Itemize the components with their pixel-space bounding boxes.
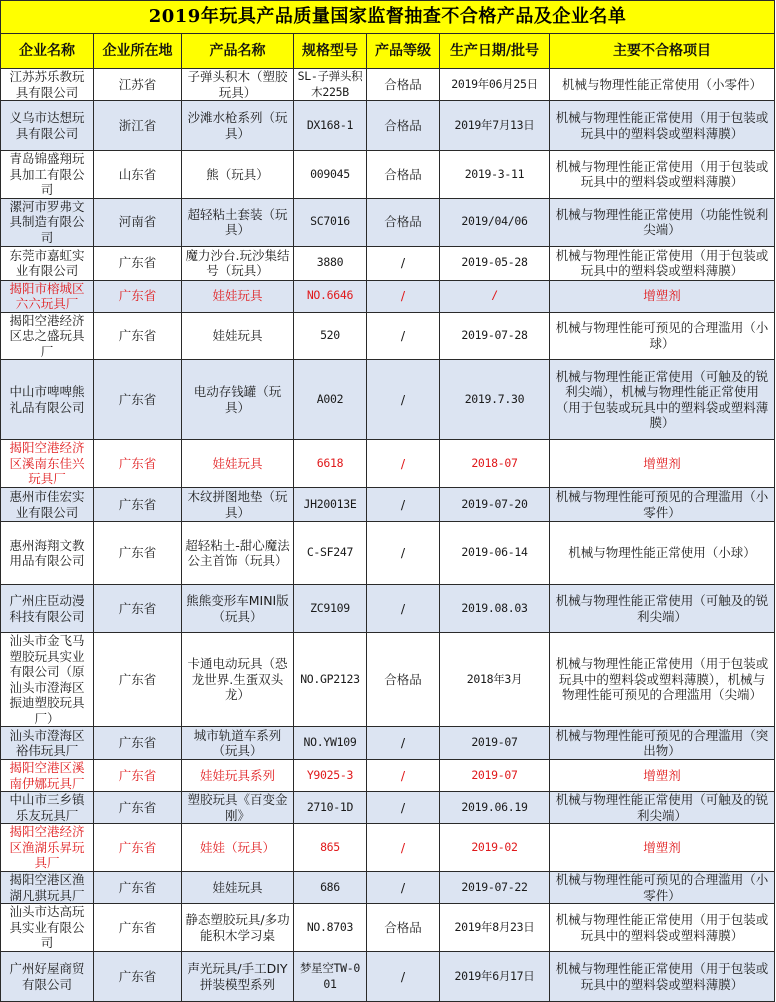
- company-name-cell: 中山市啤啤熊礼品有限公司: [1, 360, 94, 440]
- table-row: 汕头市金飞马塑胶玩具实业有限公司（原汕头市澄海区振迪塑胶玩具厂）广东省卡通电动玩…: [1, 633, 775, 727]
- grade-cell: 合格品: [367, 904, 440, 952]
- grade-cell: 合格品: [367, 198, 440, 246]
- column-header-company: 企业名称: [1, 34, 94, 69]
- company-name-cell: 广州好屋商贸有限公司: [1, 952, 94, 996]
- production-date-cell: /: [440, 280, 550, 312]
- table-row: 江苏苏乐教玩具有限公司江苏省子弹头积木（塑胶玩具）SL-子弹头积木225B合格品…: [1, 69, 775, 101]
- model-cell: NO.6646: [294, 280, 367, 312]
- model-cell: NO.GP2123: [294, 633, 367, 727]
- issue-cell: 机械与物理性能正常使用（用于包装或玩具中的塑料袋或塑料薄膜）: [550, 904, 775, 952]
- product-name-cell: 娃娃玩具: [182, 440, 294, 488]
- table-row: 中山市三乡镇乐友玩具厂广东省塑胶玩具《百变金刚》2710-1D/2019.06.…: [1, 792, 775, 824]
- table-row: 广州庄臣动漫科技有限公司广东省熊熊变形车MINI版（玩具）ZC9109/2019…: [1, 585, 775, 633]
- model-cell: ZC9109: [294, 585, 367, 633]
- product-name-cell: 城市轨道车系列（玩具）: [182, 727, 294, 760]
- table-row: 青岛锦盛翔玩具加工有限公司山东省熊（玩具）009045合格品2019-3-11机…: [1, 151, 775, 199]
- model-cell: 520: [294, 312, 367, 360]
- product-name-cell: 娃娃玩具系列: [182, 760, 294, 792]
- model-cell: A002: [294, 360, 367, 440]
- production-date-cell: 2019.08.03: [440, 585, 550, 633]
- grade-cell: 合格品: [367, 151, 440, 199]
- table-body: 江苏苏乐教玩具有限公司江苏省子弹头积木（塑胶玩具）SL-子弹头积木225B合格品…: [1, 69, 775, 996]
- product-name-cell: 木纹拼图地垫（玩具）: [182, 488, 294, 522]
- column-header-issue: 主要不合格项目: [550, 34, 775, 69]
- issue-cell: 机械与物理性能正常使用（小零件）: [550, 69, 775, 101]
- issue-cell: 机械与物理性能正常使用（用于包装或玩具中的塑料袋或塑料薄膜）: [550, 151, 775, 199]
- model-cell: 3880: [294, 246, 367, 280]
- table-row: 惠州海翔文教用品有限公司广东省超轻粘土-甜心魔法公主首饰（玩具）C-SF247/…: [1, 522, 775, 585]
- production-date-cell: 2019-07: [440, 727, 550, 760]
- grade-cell: /: [367, 872, 440, 904]
- company-name-cell: 漯河市罗弗文具制造有限公司: [1, 198, 94, 246]
- issue-cell: 机械与物理性能正常使用（可触及的锐利尖端）: [550, 792, 775, 824]
- location-cell: 广东省: [94, 824, 182, 872]
- issue-cell: 增塑剂: [550, 280, 775, 312]
- table-row: 东莞市嘉虹实业有限公司广东省魔力沙台.玩沙集结号（玩具）3880/2019-05…: [1, 246, 775, 280]
- production-date-cell: 2019年8月23日: [440, 904, 550, 952]
- company-name-cell: 惠州海翔文教用品有限公司: [1, 522, 94, 585]
- model-cell: Y9025-3: [294, 760, 367, 792]
- product-name-cell: 超轻粘土套装（玩具）: [182, 198, 294, 246]
- issue-cell: 机械与物理性能正常使用（可触及的锐利尖端），机械与物理性能正常使用（用于包装或玩…: [550, 360, 775, 440]
- column-header-location: 企业所在地: [94, 34, 182, 69]
- location-cell: 广东省: [94, 440, 182, 488]
- model-cell: 2710-1D: [294, 792, 367, 824]
- model-cell: 865: [294, 824, 367, 872]
- issue-cell: 机械与物理性能可预见的合理滥用（小零件）: [550, 872, 775, 904]
- table-row: 义乌市达想玩具有限公司浙江省沙滩水枪系列（玩具）DX168-1合格品2019年7…: [1, 101, 775, 151]
- model-cell: DX168-1: [294, 101, 367, 151]
- company-name-cell: 揭阳空港经济区忠之盛玩具厂: [1, 312, 94, 360]
- model-cell: NO.8703: [294, 904, 367, 952]
- production-date-cell: 2019.7.30: [440, 360, 550, 440]
- table-row: 汕头市达高玩具实业有限公司广东省静态塑胶玩具/多功能积木学习桌NO.8703合格…: [1, 904, 775, 952]
- location-cell: 广东省: [94, 360, 182, 440]
- issue-cell: 机械与物理性能可预见的合理滥用（小零件）: [550, 488, 775, 522]
- production-date-cell: 2019-3-11: [440, 151, 550, 199]
- model-cell: SL-子弹头积木225B: [294, 69, 367, 101]
- grade-cell: /: [367, 280, 440, 312]
- production-date-cell: 2019年6月17日: [440, 952, 550, 996]
- table-row: 揭阳空港经济区渔湖乐昇玩具厂广东省娃娃（玩具）865/2019-02增塑剂: [1, 824, 775, 872]
- column-header-model: 规格型号: [294, 34, 367, 69]
- model-cell: 686: [294, 872, 367, 904]
- product-name-cell: 熊熊变形车MINI版（玩具）: [182, 585, 294, 633]
- location-cell: 浙江省: [94, 101, 182, 151]
- product-name-cell: 娃娃（玩具）: [182, 824, 294, 872]
- table-row: 揭阳市榕城区六六玩具厂广东省娃娃玩具NO.6646//增塑剂: [1, 280, 775, 312]
- grade-cell: /: [367, 488, 440, 522]
- table-row: 揭阳空港经济区溪南东佳兴玩具厂广东省娃娃玩具6618/2018-07增塑剂: [1, 440, 775, 488]
- grade-cell: /: [367, 792, 440, 824]
- production-date-cell: 2018年3月: [440, 633, 550, 727]
- grade-cell: /: [367, 522, 440, 585]
- product-name-cell: 娃娃玩具: [182, 280, 294, 312]
- production-date-cell: 2019-07: [440, 760, 550, 792]
- grade-cell: /: [367, 727, 440, 760]
- company-name-cell: 揭阳空港区溪南伊娜玩具厂: [1, 760, 94, 792]
- grade-cell: /: [367, 312, 440, 360]
- location-cell: 广东省: [94, 280, 182, 312]
- company-name-cell: 揭阳空港经济区溪南东佳兴玩具厂: [1, 440, 94, 488]
- company-name-cell: 汕头市金飞马塑胶玩具实业有限公司（原汕头市澄海区振迪塑胶玩具厂）: [1, 633, 94, 727]
- table-row: 广州好屋商贸有限公司广东省声光玩具/手工DIY拼装模型系列梦星空TW-001/2…: [1, 952, 775, 996]
- production-date-cell: 2019-06-14: [440, 522, 550, 585]
- table-row: 漯河市罗弗文具制造有限公司河南省超轻粘土套装（玩具）SC7016合格品2019/…: [1, 198, 775, 246]
- location-cell: 河南省: [94, 198, 182, 246]
- grade-cell: /: [367, 246, 440, 280]
- production-date-cell: 2019-07-20: [440, 488, 550, 522]
- location-cell: 广东省: [94, 792, 182, 824]
- grade-cell: /: [367, 824, 440, 872]
- product-name-cell: 魔力沙台.玩沙集结号（玩具）: [182, 246, 294, 280]
- location-cell: 广东省: [94, 760, 182, 792]
- production-date-cell: 2019-07-28: [440, 312, 550, 360]
- company-name-cell: 义乌市达想玩具有限公司: [1, 101, 94, 151]
- column-header-product: 产品名称: [182, 34, 294, 69]
- company-name-cell: 汕头市达高玩具实业有限公司: [1, 904, 94, 952]
- column-header-grade: 产品等级: [367, 34, 440, 69]
- location-cell: 广东省: [94, 585, 182, 633]
- production-date-cell: 2019年7月13日: [440, 101, 550, 151]
- grade-cell: /: [367, 440, 440, 488]
- location-cell: 江苏省: [94, 69, 182, 101]
- production-date-cell: 2019.06.19: [440, 792, 550, 824]
- product-name-cell: 娃娃玩具: [182, 872, 294, 904]
- issue-cell: 机械与物理性能正常使用（用于包装或玩具中的塑料袋或塑料薄膜）: [550, 101, 775, 151]
- product-name-cell: 卡通电动玩具（恐龙世界.生蛋双头龙）: [182, 633, 294, 727]
- model-cell: 6618: [294, 440, 367, 488]
- production-date-cell: 2018-07: [440, 440, 550, 488]
- grade-cell: 合格品: [367, 633, 440, 727]
- company-name-cell: 中山市三乡镇乐友玩具厂: [1, 792, 94, 824]
- company-name-cell: 广州庄臣动漫科技有限公司: [1, 585, 94, 633]
- issue-cell: 机械与物理性能正常使用（用于包装或玩具中的塑料袋或塑料薄膜），机械与物理性能可预…: [550, 633, 775, 727]
- issue-cell: 机械与物理性能正常使用（可触及的锐利尖端）: [550, 585, 775, 633]
- table-title: 2019年玩具产品质量国家监督抽查不合格产品及企业名单: [1, 1, 775, 34]
- location-cell: 广东省: [94, 488, 182, 522]
- production-date-cell: 2019-05-28: [440, 246, 550, 280]
- issue-cell: 机械与物理性能可预见的合理滥用（小球）: [550, 312, 775, 360]
- production-date-cell: 2019-07-22: [440, 872, 550, 904]
- product-name-cell: 娃娃玩具: [182, 312, 294, 360]
- issue-cell: 增塑剂: [550, 824, 775, 872]
- location-cell: 广东省: [94, 522, 182, 585]
- company-name-cell: 揭阳市榕城区六六玩具厂: [1, 280, 94, 312]
- model-cell: NO.YW109: [294, 727, 367, 760]
- location-cell: 广东省: [94, 872, 182, 904]
- company-name-cell: 汕头市澄海区裕伟玩具厂: [1, 727, 94, 760]
- model-cell: JH20013E: [294, 488, 367, 522]
- location-cell: 广东省: [94, 904, 182, 952]
- product-name-cell: 塑胶玩具《百变金刚》: [182, 792, 294, 824]
- model-cell: 009045: [294, 151, 367, 199]
- company-name-cell: 江苏苏乐教玩具有限公司: [1, 69, 94, 101]
- location-cell: 山东省: [94, 151, 182, 199]
- location-cell: 广东省: [94, 633, 182, 727]
- model-cell: SC7016: [294, 198, 367, 246]
- production-date-cell: 2019年06月25日: [440, 69, 550, 101]
- issue-cell: 机械与物理性能正常使用（功能性锐利尖端）: [550, 198, 775, 246]
- company-name-cell: 惠州市佳宏实业有限公司: [1, 488, 94, 522]
- table-row: 揭阳空港经济区忠之盛玩具厂广东省娃娃玩具520/2019-07-28机械与物理性…: [1, 312, 775, 360]
- product-name-cell: 沙滩水枪系列（玩具）: [182, 101, 294, 151]
- company-name-cell: 东莞市嘉虹实业有限公司: [1, 246, 94, 280]
- grade-cell: /: [367, 360, 440, 440]
- product-name-cell: 静态塑胶玩具/多功能积木学习桌: [182, 904, 294, 952]
- grade-cell: 合格品: [367, 69, 440, 101]
- company-name-cell: 揭阳空港经济区渔湖乐昇玩具厂: [1, 824, 94, 872]
- location-cell: 广东省: [94, 952, 182, 996]
- issue-cell: 机械与物理性能正常使用（小球）: [550, 522, 775, 585]
- table-row: 惠州市佳宏实业有限公司广东省木纹拼图地垫（玩具）JH20013E/2019-07…: [1, 488, 775, 522]
- product-name-cell: 电动存钱罐（玩具）: [182, 360, 294, 440]
- product-name-cell: 声光玩具/手工DIY拼装模型系列: [182, 952, 294, 996]
- grade-cell: /: [367, 760, 440, 792]
- location-cell: 广东省: [94, 312, 182, 360]
- company-name-cell: 青岛锦盛翔玩具加工有限公司: [1, 151, 94, 199]
- grade-cell: /: [367, 952, 440, 996]
- production-date-cell: 2019-02: [440, 824, 550, 872]
- production-date-cell: 2019/04/06: [440, 198, 550, 246]
- table-row: 揭阳空港区溪南伊娜玩具厂广东省娃娃玩具系列Y9025-3/2019-07增塑剂: [1, 760, 775, 792]
- issue-cell: 增塑剂: [550, 440, 775, 488]
- company-name-cell: 揭阳空港区渔湖凡骐玩具厂: [1, 872, 94, 904]
- table-row: 中山市啤啤熊礼品有限公司广东省电动存钱罐（玩具）A002/2019.7.30机械…: [1, 360, 775, 440]
- model-cell: C-SF247: [294, 522, 367, 585]
- grade-cell: /: [367, 585, 440, 633]
- column-header-date: 生产日期/批号: [440, 34, 550, 69]
- issue-cell: 机械与物理性能正常使用（用于包装或玩具中的塑料袋或塑料薄膜）: [550, 246, 775, 280]
- column-header-row: 企业名称 企业所在地 产品名称 规格型号 产品等级 生产日期/批号 主要不合格项…: [1, 34, 775, 69]
- location-cell: 广东省: [94, 727, 182, 760]
- product-name-cell: 超轻粘土-甜心魔法公主首饰（玩具）: [182, 522, 294, 585]
- issue-cell: 机械与物理性能正常使用（用于包装或玩具中的塑料袋或塑料薄膜）: [550, 952, 775, 996]
- unqualified-products-table: 2019年玩具产品质量国家监督抽查不合格产品及企业名单 企业名称 企业所在地 产…: [0, 0, 775, 995]
- product-name-cell: 子弹头积木（塑胶玩具）: [182, 69, 294, 101]
- table-row: 汕头市澄海区裕伟玩具厂广东省城市轨道车系列（玩具）NO.YW109/2019-0…: [1, 727, 775, 760]
- table-row: 揭阳空港区渔湖凡骐玩具厂广东省娃娃玩具686/2019-07-22机械与物理性能…: [1, 872, 775, 904]
- grade-cell: 合格品: [367, 101, 440, 151]
- product-name-cell: 熊（玩具）: [182, 151, 294, 199]
- issue-cell: 机械与物理性能可预见的合理滥用（突出物）: [550, 727, 775, 760]
- issue-cell: 增塑剂: [550, 760, 775, 792]
- model-cell: 梦星空TW-001: [294, 952, 367, 996]
- location-cell: 广东省: [94, 246, 182, 280]
